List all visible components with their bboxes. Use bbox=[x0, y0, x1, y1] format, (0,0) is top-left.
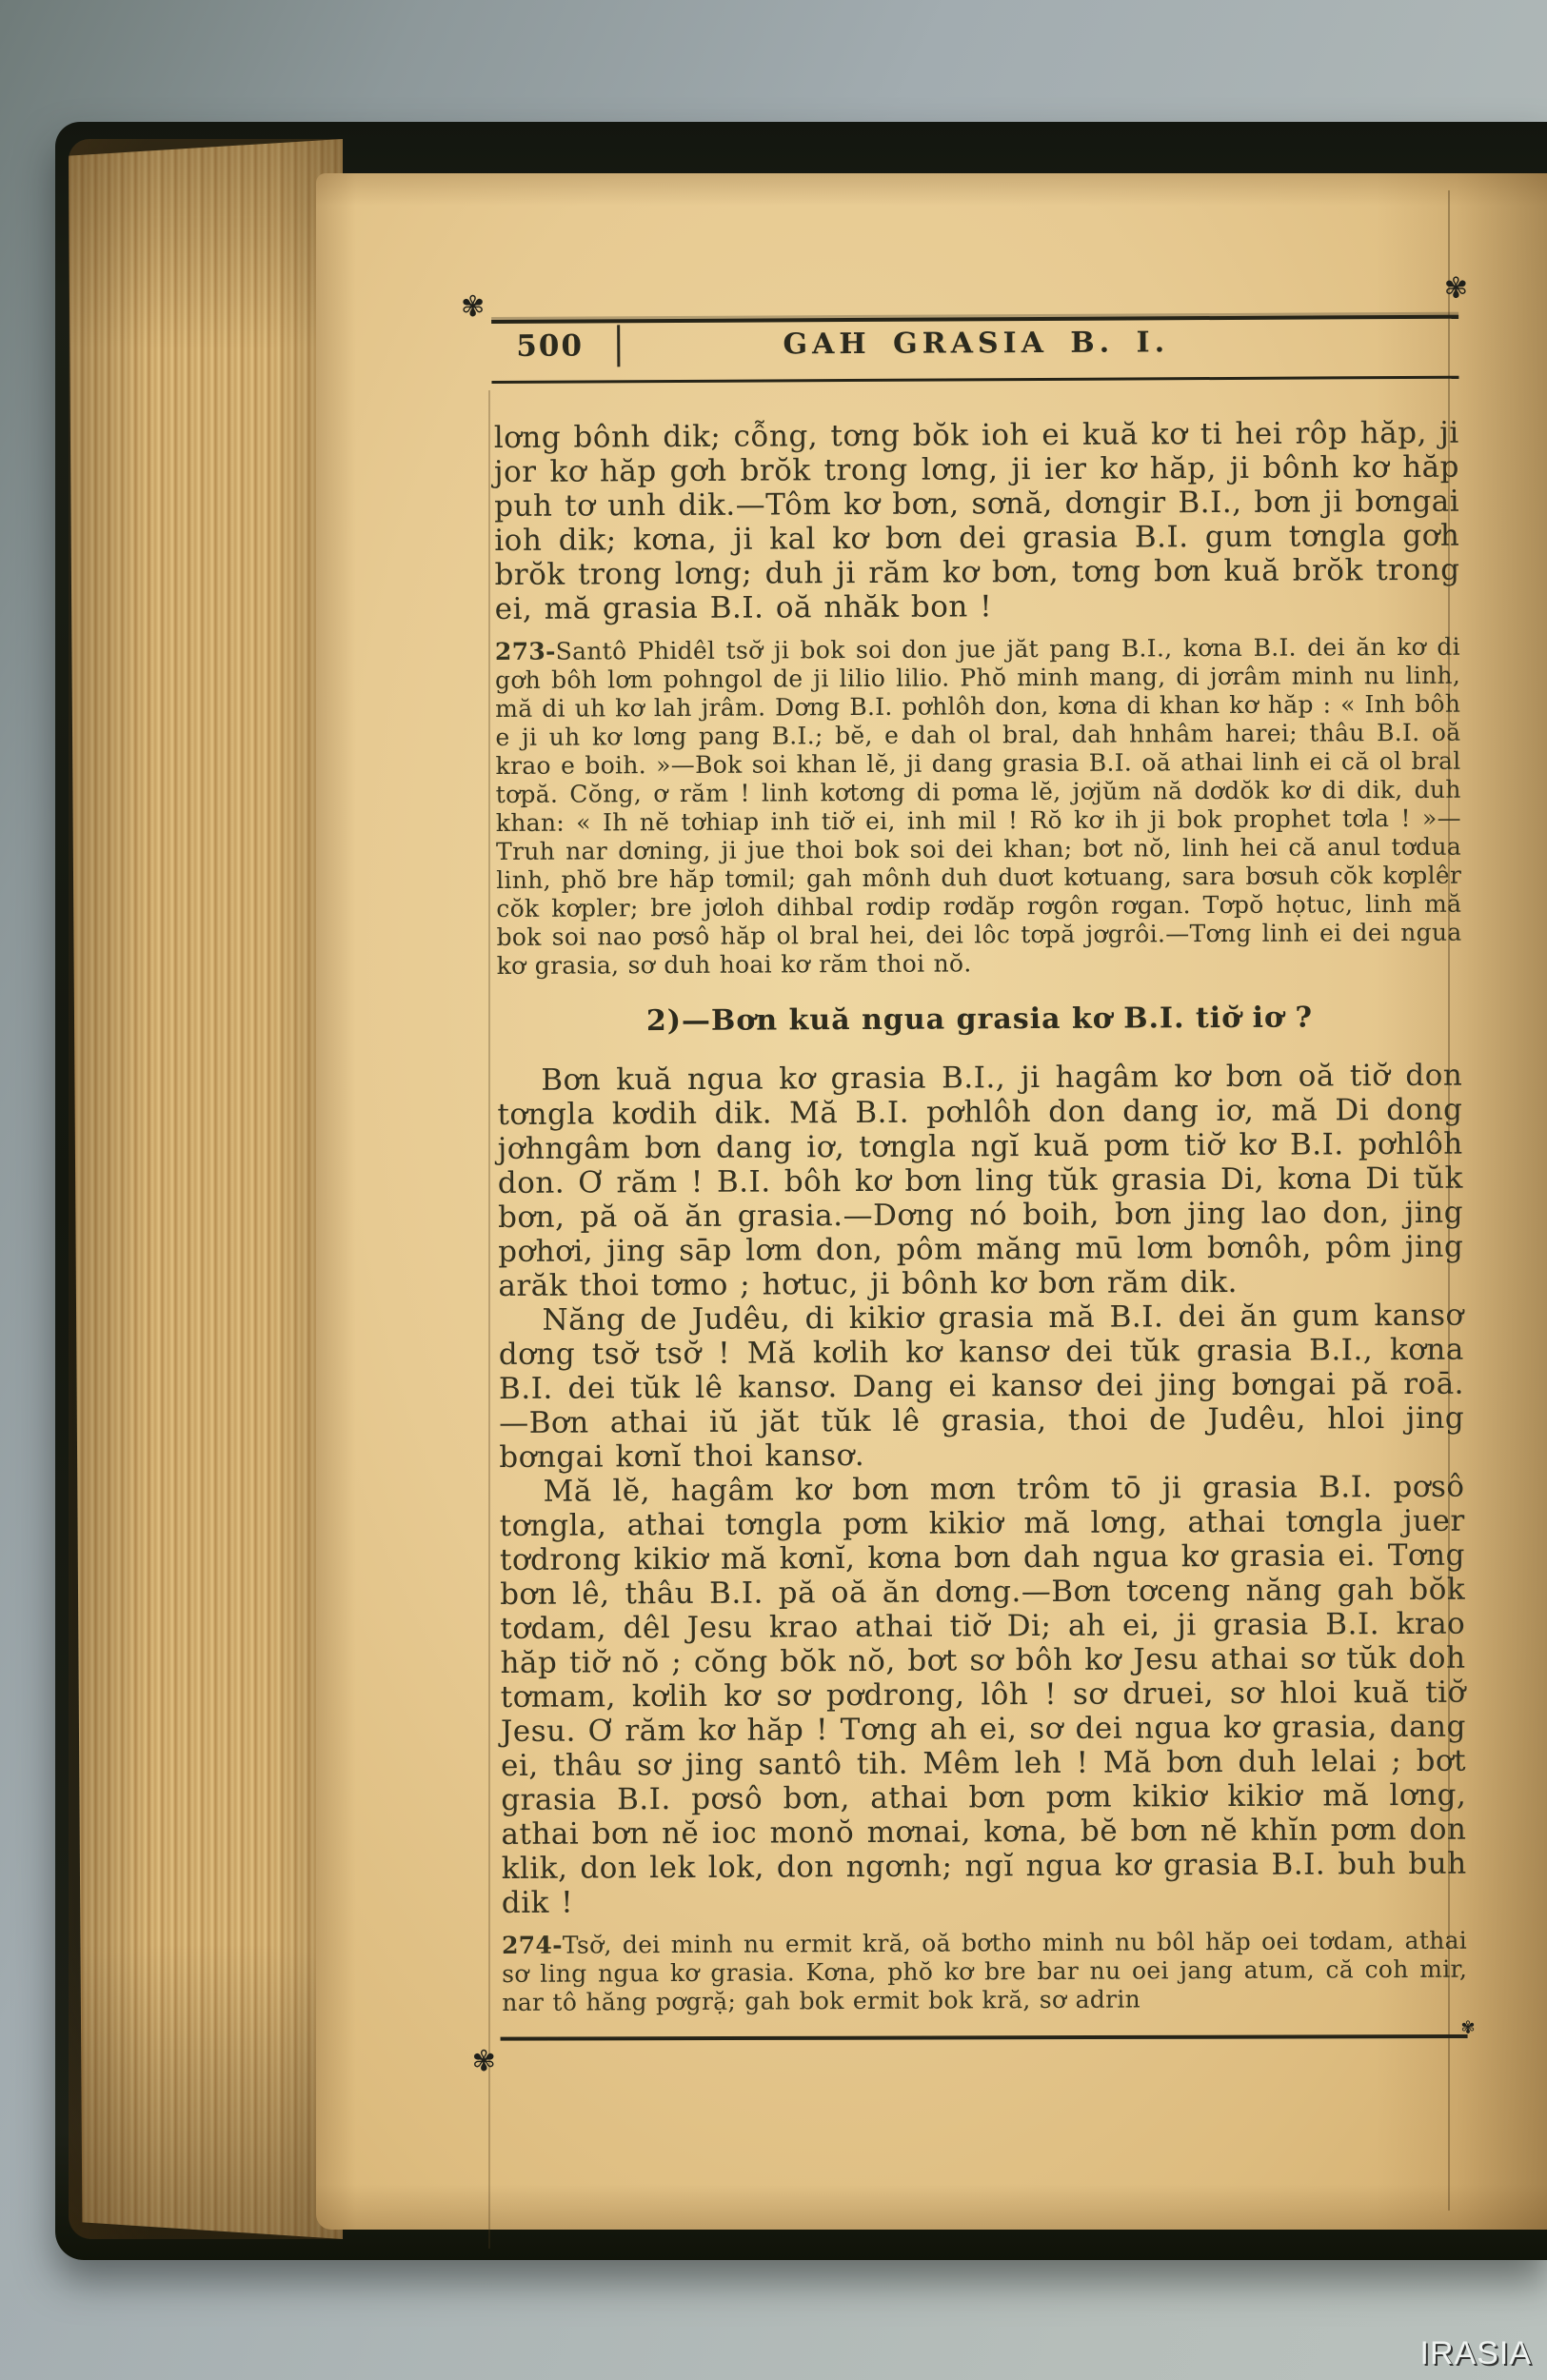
footer-rule-row: ✾ ✾ bbox=[503, 2030, 1468, 2063]
running-header: ✾ ✾ 500 GAH GRASIA B. I. bbox=[493, 292, 1459, 396]
flower-ornament-icon: ✾ bbox=[1460, 2014, 1475, 2043]
body-text: lơng bônh dik; cỗng, tơng bŏk ioh ei kuă… bbox=[494, 391, 1468, 2063]
paragraph-274-text: Tsơ̆, dei minh nu ermit kră, oă bơtho mi… bbox=[502, 1927, 1467, 2016]
flower-ornament-icon: ✾ bbox=[461, 293, 485, 322]
page-content: ✾ ✾ 500 GAH GRASIA B. I. lơng bônh dik; … bbox=[493, 292, 1468, 2063]
running-title: GAH GRASIA B. I. bbox=[493, 325, 1458, 363]
header-rule-top bbox=[491, 315, 1458, 324]
scanned-book-photo: ✾ ✾ 500 GAH GRASIA B. I. lơng bônh dik; … bbox=[0, 0, 1547, 2380]
paragraph-273: 273-Santô Phidêl tsơ̆ ji bok soi don jue… bbox=[495, 633, 1462, 981]
header-rule-bottom bbox=[491, 376, 1458, 384]
left-margin-line bbox=[488, 390, 490, 2249]
paragraph-body-2: Năng de Judêu, di kikiơ grasia mă B.I. d… bbox=[499, 1299, 1465, 1475]
paragraph-273-text: Santô Phidêl tsơ̆ ji bok soi don jue jăt… bbox=[495, 633, 1462, 980]
flower-ornament-icon: ✾ bbox=[1444, 275, 1468, 304]
book-page: ✾ ✾ 500 GAH GRASIA B. I. lơng bônh dik; … bbox=[316, 173, 1547, 2230]
section-heading: 2)—Bơn kuă ngua grasia kơ B.I. tiơ̆ iơ ? bbox=[497, 1001, 1462, 1039]
fanned-page-edges bbox=[69, 139, 343, 2239]
paragraph-274: 274-Tsơ̆, dei minh nu ermit kră, oă bơth… bbox=[502, 1927, 1467, 2017]
irasia-watermark: IRASIA bbox=[1420, 2335, 1532, 2372]
footer-rule bbox=[501, 2034, 1468, 2041]
flower-ornament-icon: ✾ bbox=[472, 2048, 496, 2076]
paragraph-body-3: Mă lĕ, hagâm kơ bơn mơn trôm tō ji grasi… bbox=[499, 1470, 1466, 1920]
paragraph-273-number: 273- bbox=[495, 638, 556, 665]
paragraph-274-number: 274- bbox=[502, 1932, 563, 1959]
paragraph-body-1: Bơn kuă ngua kơ grasia B.I., ji hagâm kơ… bbox=[497, 1059, 1463, 1303]
paragraph-continuation: lơng bônh dik; cỗng, tơng bŏk ioh ei kuă… bbox=[494, 416, 1460, 626]
